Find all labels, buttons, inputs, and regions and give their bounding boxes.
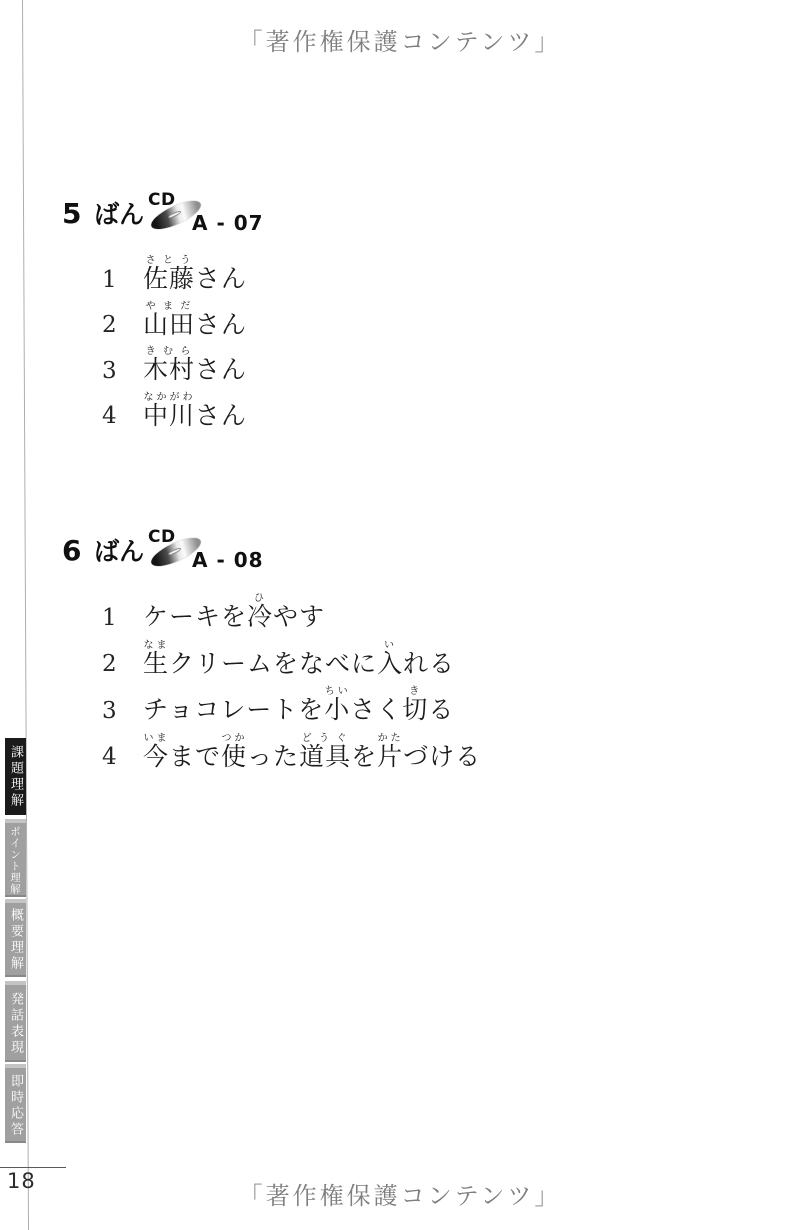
- section-number: 5: [62, 197, 82, 230]
- item-number: 4: [100, 744, 143, 770]
- item-text: ケーキを冷ひやす: [143, 593, 325, 631]
- list-item: 3チョコレートを小ちいさく切きる: [100, 682, 481, 729]
- list-item: 1佐藤さとうさん: [100, 252, 462, 298]
- section-title: 5 ばん: [62, 195, 144, 231]
- section-title: 6 ばん: [62, 532, 144, 568]
- tab-gaiyou-rikai: 概要理解: [5, 899, 26, 977]
- item-number: 2: [100, 651, 143, 677]
- tab-pointo-rikai: ポイント理解: [5, 819, 26, 897]
- item-text: チョコレートを小ちいさく切きる: [143, 686, 454, 724]
- list-item: 4今いままで使つかった道具どうぐを片かたづける: [100, 729, 481, 776]
- section-number: 6: [62, 534, 82, 567]
- tab-kadai-rikai: 課題理解: [5, 738, 26, 815]
- item-text: 中川なかがわさん: [143, 392, 247, 430]
- cd-track-badge: CD A - 07: [147, 193, 327, 245]
- ban-label: ばん: [94, 537, 144, 566]
- list-item: 2生なまクリームをなべに入いれる: [100, 636, 481, 683]
- item-number: 1: [100, 267, 143, 293]
- book-page: 「著作権保護コンテンツ」 5 ばん CD A - 07 1佐藤さとうさん2山田や…: [0, 0, 800, 1230]
- section-6: 6 ばん CD A - 08 1ケーキを冷ひやす2生なまクリームをなべに入いれる…: [62, 530, 481, 775]
- cd-track-number: A - 07: [192, 211, 264, 235]
- item-text: 佐藤さとうさん: [143, 255, 247, 293]
- ban-label: ばん: [94, 200, 144, 229]
- item-text: 生なまクリームをなべに入いれる: [143, 640, 455, 678]
- item-number: 4: [100, 403, 143, 429]
- item-text: 今いままで使つかった道具どうぐを片かたづける: [143, 733, 481, 771]
- copyright-notice-bottom: 「著作権保護コンテンツ」: [0, 1176, 800, 1211]
- item-list: 1ケーキを冷ひやす2生なまクリームをなべに入いれる3チョコレートを小ちいさく切き…: [100, 582, 481, 775]
- item-number: 3: [100, 358, 143, 384]
- list-item: 2山田やまださん: [100, 298, 462, 344]
- item-number: 3: [100, 698, 143, 724]
- tab-hatsuwa-hyougen: 発話表現: [5, 981, 26, 1062]
- list-item: 1ケーキを冷ひやす: [100, 589, 481, 636]
- section-heading: 6 ばん CD A - 08: [62, 530, 462, 582]
- tab-sokuji-outou: 即時応答: [5, 1064, 26, 1143]
- section-5: 5 ばん CD A - 07 1佐藤さとうさん2山田やまださん3木村きむらさん4…: [62, 193, 462, 434]
- item-text: 山田やまださん: [143, 301, 247, 339]
- item-number: 2: [100, 312, 143, 338]
- copyright-notice-top: 「著作権保護コンテンツ」: [0, 22, 800, 57]
- item-list: 1佐藤さとうさん2山田やまださん3木村きむらさん4中川なかがわさん: [100, 245, 462, 434]
- section-heading: 5 ばん CD A - 07: [62, 193, 462, 245]
- list-item: 3木村きむらさん: [100, 343, 462, 389]
- item-number: 1: [100, 605, 143, 631]
- cd-track-badge: CD A - 08: [147, 530, 327, 582]
- list-item: 4中川なかがわさん: [100, 389, 462, 435]
- item-text: 木村きむらさん: [143, 346, 247, 384]
- cd-track-number: A - 08: [192, 548, 264, 572]
